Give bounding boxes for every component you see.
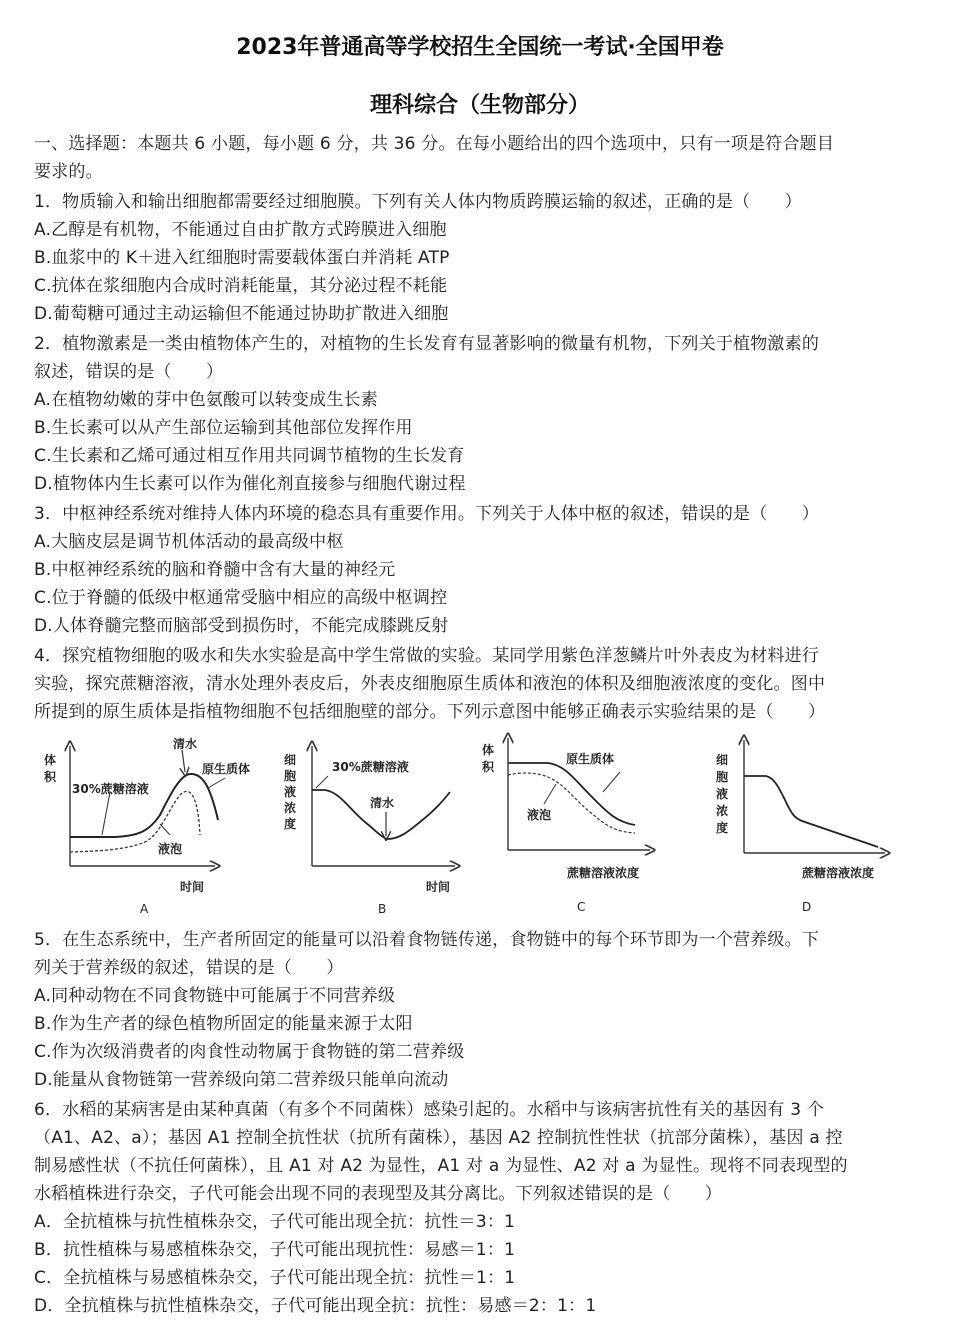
- question-4-stem: 4．探究植物细胞的吸水和失水实验是高中学生常做的实验。某同学用紫色洋葱鳞片叶外表…: [34, 645, 819, 667]
- question-3-stem: 3．中枢神经系统对维持人体内环境的稳态具有重要作用。下列关于人体中枢的叙述，错误…: [34, 503, 819, 525]
- question-3-option-b: B.中枢神经系统的脑和脊髓中含有大量的神经元: [34, 559, 395, 581]
- figure-b-label-sucrose: 30%蔗糖溶液: [332, 758, 409, 775]
- figure-b-ylabel: 细胞液浓度: [284, 752, 298, 832]
- question-5-stem: 5．在生态系统中，生产者所固定的能量可以沿着食物链传递，食物链中的每个环节即为一…: [34, 929, 819, 951]
- figure-b-caption: B: [378, 902, 386, 916]
- question-1-option-a: A.乙醇是有机物，不能通过自由扩散方式跨膜进入细胞: [34, 219, 447, 241]
- question-3-option-c: C.位于脊髓的低级中枢通常受脑中相应的高级中枢调控: [34, 587, 447, 609]
- figure-d-caption: D: [802, 900, 811, 914]
- question-6-option-c: C．全抗植株与易感植株杂交，子代可能出现全抗：抗性＝1：1: [34, 1267, 515, 1289]
- figure-c-label-protoplast: 原生质体: [566, 750, 614, 767]
- question-1-option-b: B.血浆中的 K＋进入红细胞时需要载体蛋白并消耗 ATP: [34, 247, 450, 269]
- question-2-option-c: C.生长素和乙烯可通过相互作用共同调节植物的生长发育: [34, 445, 464, 467]
- figure-c: 体积 原生质体 液泡 蔗糖溶液浓度 C: [470, 730, 680, 920]
- question-2-option-a: A.在植物幼嫩的芽中色氨酸可以转变成生长素: [34, 389, 378, 411]
- question-2-stem: 2．植物激素是一类由植物体产生的，对植物的生长发育有显著影响的微量有机物，下列关…: [34, 333, 819, 355]
- figure-b-label-water: 清水: [370, 794, 394, 811]
- question-1-stem: 1．物质输入和输出细胞都需要经过细胞膜。下列有关人体内物质跨膜运输的叙述，正确的…: [34, 191, 802, 213]
- figure-c-label-vacuole: 液泡: [527, 806, 551, 823]
- question-4-stem-cont-1: 实验，探究蔗糖溶液，清水处理外表皮后，外表皮细胞原生质体和液泡的体积及细胞液浓度…: [34, 673, 825, 695]
- question-5-option-a: A.同种动物在不同食物链中可能属于不同营养级: [34, 985, 395, 1007]
- figure-a-label-protoplast: 原生质体: [202, 760, 250, 777]
- figure-d-ylabel: 细胞液浓度: [716, 752, 730, 837]
- question-1-option-c: C.抗体在浆细胞内合成时消耗能量，其分泌过程不耗能: [34, 275, 447, 297]
- question-2-stem-cont: 叙述，错误的是（ ）: [34, 361, 223, 383]
- figure-c-ylabel: 体积: [482, 742, 496, 776]
- figure-b-xlabel: 时间: [426, 878, 450, 895]
- question-6-stem: 6．水稻的某病害是由某种真菌（有多个不同菌株）感染引起的。水稻中与该病害抗性有关…: [34, 1099, 824, 1121]
- figure-c-caption: C: [577, 900, 585, 914]
- figure-a-label-vacuole: 液泡: [158, 840, 182, 857]
- question-1-option-d: D.葡萄糖可通过主动运输但不能通过协助扩散进入细胞: [34, 303, 449, 325]
- figure-a: 体积 30%蔗糖溶液 清水 原生质体 液泡 时间 A: [30, 730, 270, 920]
- figure-a-graph: [30, 730, 270, 920]
- exam-title: 2023年普通高等学校招生全国统一考试·全国甲卷: [0, 30, 960, 61]
- question-6-option-b: B．抗性植株与易感植株杂交，子代可能出现抗性：易感＝1：1: [34, 1239, 515, 1261]
- exam-subtitle: 理科综合（生物部分）: [0, 88, 960, 119]
- question-5-stem-cont: 列关于营养级的叙述，错误的是（ ）: [34, 957, 344, 979]
- figure-c-xlabel: 蔗糖溶液浓度: [567, 864, 639, 881]
- question-3-option-d: D.人体脊髓完整而脑部受到损伤时，不能完成膝跳反射: [34, 615, 449, 637]
- question-6-stem-cont-2: 制易感性状（不抗任何菌株），且 A1 对 A2 为显性，A1 对 a 为显性、A…: [34, 1155, 848, 1177]
- figure-a-ylabel: 体积: [44, 752, 58, 786]
- question-6-option-a: A．全抗植株与抗性植株杂交，子代可能出现全抗：抗性＝3：1: [34, 1211, 515, 1233]
- figure-d: 细胞液浓度 蔗糖溶液浓度 D: [680, 730, 910, 920]
- question-6-option-d: D．全抗植株与抗性植株杂交，子代可能出现全抗：抗性：易感＝2：1：1: [34, 1295, 596, 1317]
- section-intro: 一、选择题：本题共 6 小题，每小题 6 分，共 36 分。在每小题给出的四个选…: [34, 133, 834, 155]
- question-2-option-d: D.植物体内生长素可以作为催化剂直接参与细胞代谢过程: [34, 473, 466, 495]
- question-2-option-b: B.生长素可以从产生部位运输到其他部位发挥作用: [34, 417, 413, 439]
- figure-d-graph: [680, 730, 910, 920]
- figure-b: 细胞液浓度 30%蔗糖溶液 清水 时间 B: [270, 730, 470, 920]
- question-6-stem-cont-3: 水稻植株进行杂交，子代可能会出现不同的表现型及其分离比。下列叙述错误的是（ ）: [34, 1183, 722, 1205]
- question-3-option-a: A.大脑皮层是调节机体活动的最高级中枢: [34, 531, 344, 553]
- question-5-option-d: D.能量从食物链第一营养级向第二营养级只能单向流动: [34, 1069, 449, 1091]
- question-5-option-c: C.作为次级消费者的肉食性动物属于食物链的第二营养级: [34, 1041, 464, 1063]
- figure-d-xlabel: 蔗糖溶液浓度: [802, 864, 874, 881]
- figure-a-label-water: 清水: [173, 735, 197, 752]
- question-4-figures: 体积 30%蔗糖溶液 清水 原生质体 液泡 时间 A 细胞液浓度 30%蔗糖溶液…: [30, 730, 910, 920]
- figure-a-label-sucrose: 30%蔗糖溶液: [72, 780, 149, 797]
- figure-a-xlabel: 时间: [180, 878, 204, 895]
- question-4-stem-cont-2: 所提到的原生质体是指植物细胞不包括细胞壁的部分。下列示意图中能够正确表示实验结果…: [34, 701, 825, 723]
- figure-a-caption: A: [140, 902, 148, 916]
- question-5-option-b: B.作为生产者的绿色植物所固定的能量来源于太阳: [34, 1013, 413, 1035]
- question-6-stem-cont-1: （A1、A2、a）；基因 A1 控制全抗性状（抗所有菌株），基因 A2 控制抗性…: [34, 1127, 843, 1149]
- section-intro-cont: 要求的。: [34, 161, 103, 183]
